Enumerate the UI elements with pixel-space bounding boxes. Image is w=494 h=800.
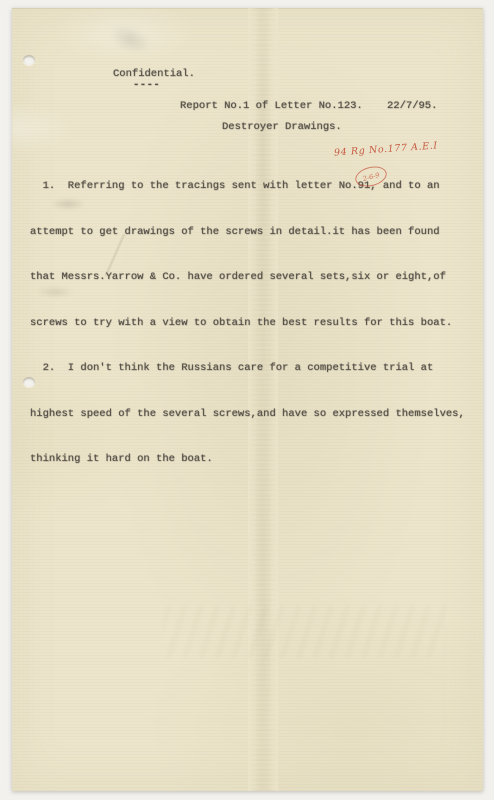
subject-line: Destroyer Drawings. <box>222 121 342 133</box>
punch-hole-top <box>23 55 35 65</box>
typed-line: screws to try with a view to obtain the … <box>30 313 470 335</box>
typed-line: thinking it hard on the boat. <box>30 449 470 471</box>
paper-stain <box>105 18 156 60</box>
report-date: 22/7/95. <box>387 100 437 112</box>
ghost-watermark <box>158 606 450 658</box>
report-title: Report No.1 of Letter No.123. <box>180 100 363 112</box>
typed-line: that Messrs.Yarrow & Co. have ordered se… <box>30 267 470 289</box>
typed-line: 1. Referring to the tracings sent with l… <box>30 176 470 198</box>
scan-background: { "document": { "classification": "Confi… <box>0 0 494 800</box>
letter-body: 1. Referring to the tracings sent with l… <box>30 152 470 495</box>
document-page: Confidential. ---- Report No.1 of Letter… <box>12 8 483 791</box>
paper-stain <box>12 98 82 158</box>
typed-line: attempt to get drawings of the screws in… <box>30 222 470 244</box>
typed-line: 2. I don't think the Russians care for a… <box>30 358 470 380</box>
classification-underline: ---- <box>133 79 160 91</box>
typed-line: highest speed of the several screws,and … <box>30 404 470 426</box>
